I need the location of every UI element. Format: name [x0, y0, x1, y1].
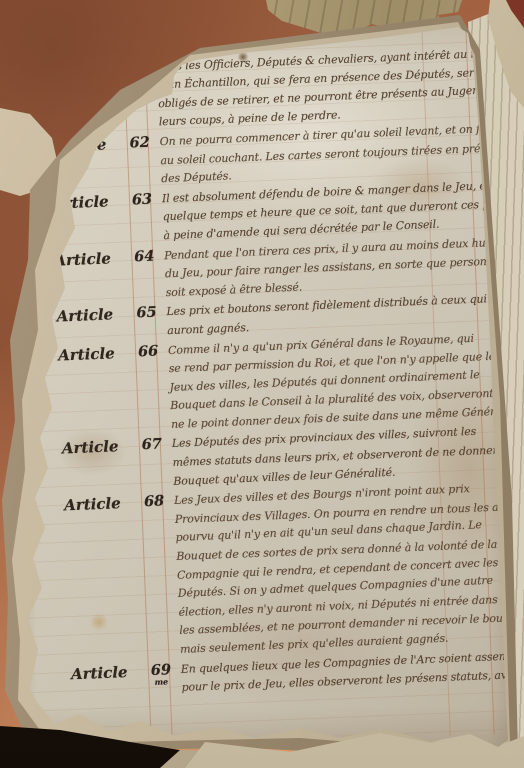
article-label: Article	[71, 662, 144, 683]
article-number-suffix: me	[143, 679, 179, 685]
article-label: Article	[62, 437, 135, 458]
article-row: Article 68 Les Jeux des villes et des Bo…	[18, 477, 524, 665]
article-number: 64	[126, 247, 163, 267]
article-number: 69 me	[143, 661, 180, 686]
article-number: 66	[130, 342, 167, 362]
article-body: Comme il n'y a qu'un prix Général dans l…	[168, 328, 523, 435]
article-label: Article	[54, 248, 127, 269]
article-body: Les Jeux des villes et des Bourgs n'iron…	[174, 478, 524, 659]
article-label: Article	[46, 59, 119, 80]
article-label: Article	[58, 343, 131, 364]
article-label: Article	[64, 494, 137, 515]
article-label: Article	[56, 305, 129, 326]
article-number: 62	[121, 133, 158, 153]
article-number: 68	[136, 492, 173, 512]
article-number: 63	[124, 190, 161, 210]
manuscript-page: et enregistré au Greffe. Article 61 Tous…	[0, 0, 524, 768]
article-number: 65	[128, 304, 165, 324]
article-number: 67	[134, 436, 171, 456]
manuscript-content: et enregistré au Greffe. Article 61 Tous…	[0, 0, 524, 768]
manuscript-photo: et enregistré au Greffe. Article 61 Tous…	[0, 0, 524, 768]
